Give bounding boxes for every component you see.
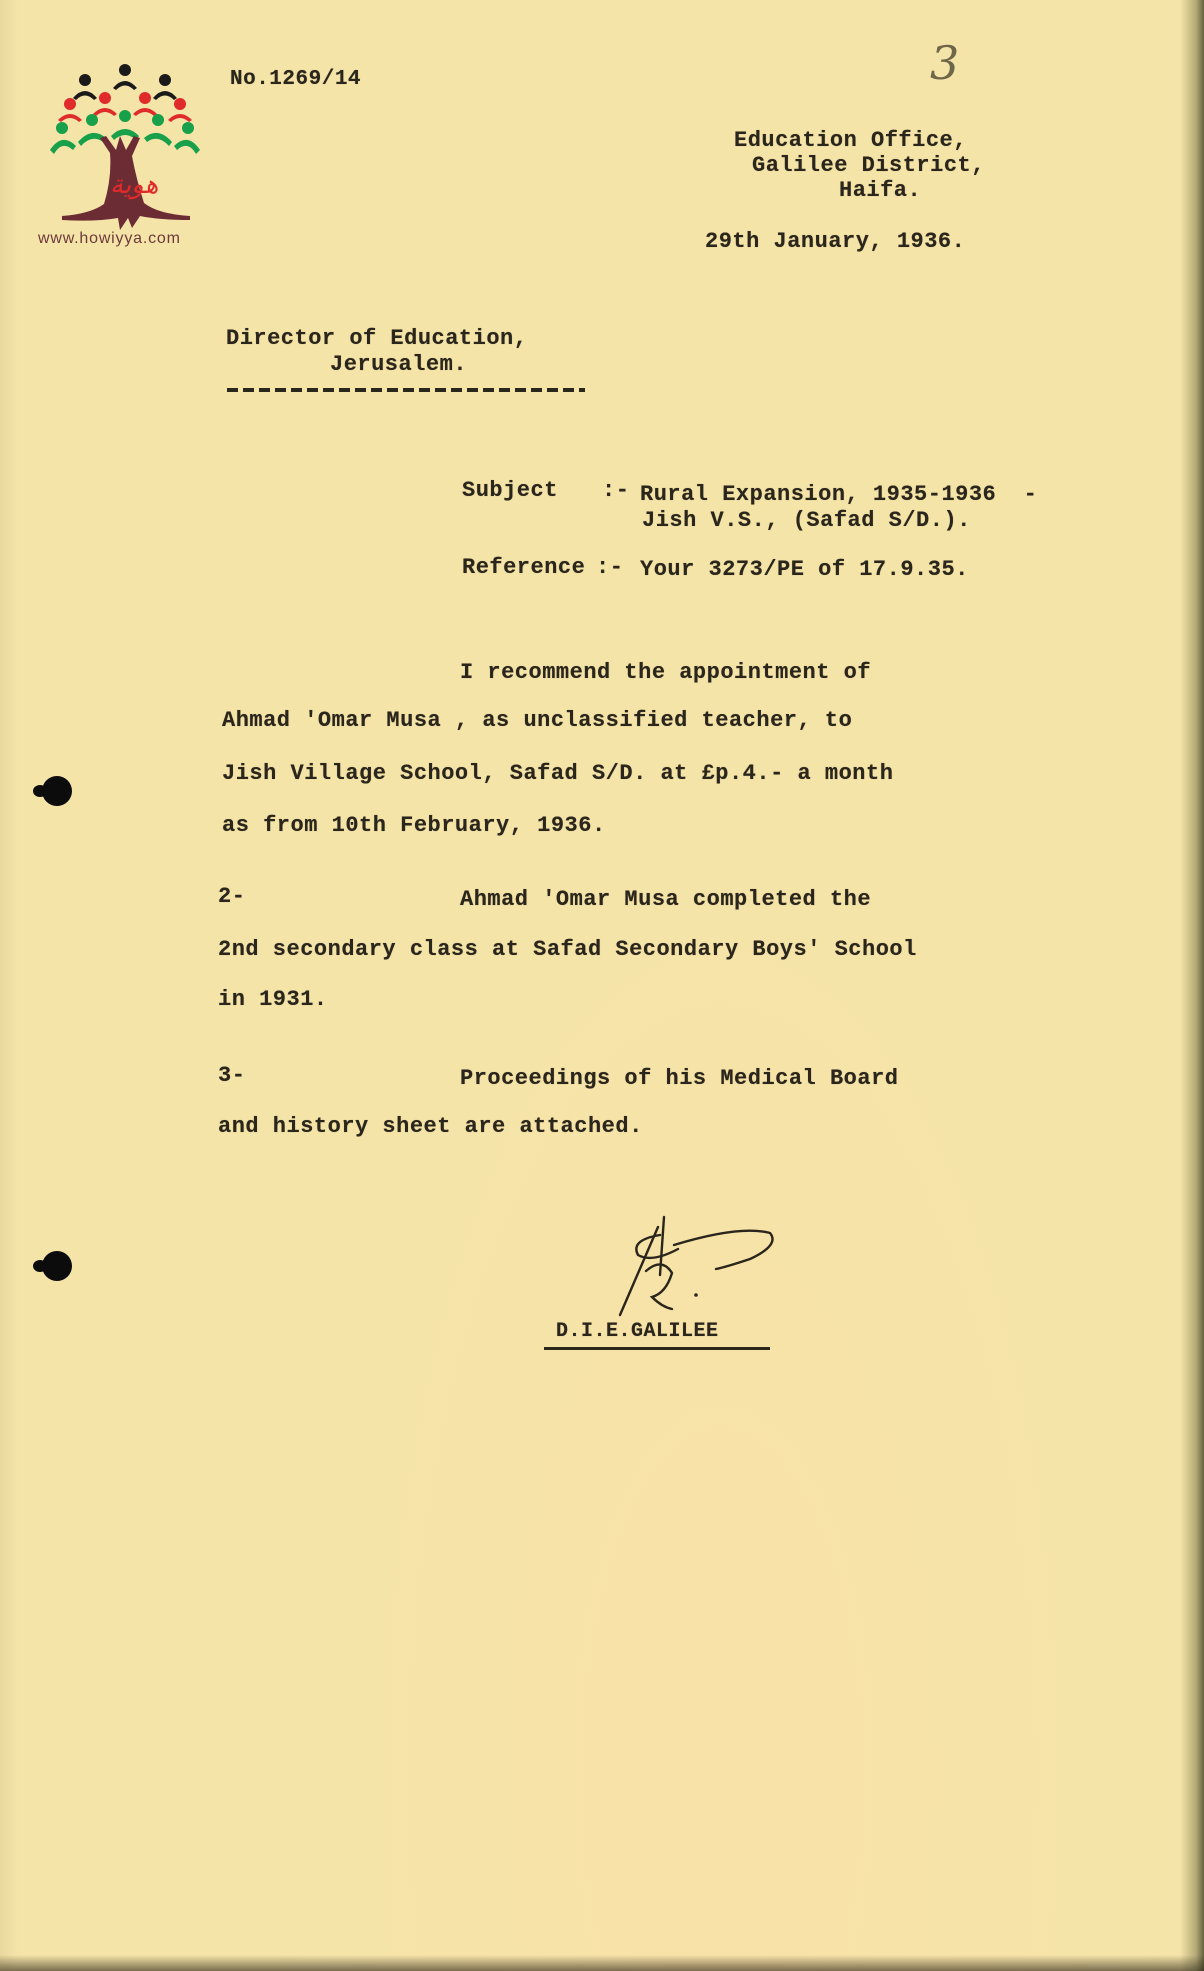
- punch-hole: [42, 776, 72, 806]
- body-line: as from 10th February, 1936.: [222, 813, 606, 838]
- body-line: 2nd secondary class at Safad Secondary B…: [218, 937, 917, 962]
- paragraph-number: 2-: [218, 884, 245, 909]
- svg-text:هوية: هوية: [110, 170, 159, 200]
- body-line: in 1931.: [218, 987, 328, 1012]
- address-line: Education Office,: [734, 128, 967, 153]
- reference-value: Your 3273/PE of 17.9.35.: [640, 557, 969, 582]
- subject-label: Subject: [462, 478, 558, 503]
- subject-line-2: Jish V.S., (Safad S/D.).: [642, 508, 971, 533]
- paragraph-number: 3-: [218, 1063, 245, 1088]
- body-line: I recommend the appointment of: [460, 660, 871, 685]
- subject-line-1: Rural Expansion, 1935-1936 -: [640, 482, 1037, 507]
- letter-date: 29th January, 1936.: [705, 229, 965, 254]
- reference-separator: :-: [596, 555, 623, 580]
- body-line: and history sheet are attached.: [218, 1114, 643, 1139]
- howiyya-tree-logo-icon: هوية: [40, 58, 210, 258]
- reference-label: Reference: [462, 555, 585, 580]
- body-line: Jish Village School, Safad S/D. at £p.4.…: [222, 761, 893, 786]
- handwritten-page-number: 3: [930, 36, 959, 90]
- handwritten-signature-icon: [600, 1215, 780, 1325]
- logo-url-text: www.howiyya.com: [38, 230, 181, 248]
- scanned-letter-page: هوية www.howiyya.com No.1269/14 3 Educat…: [0, 0, 1204, 1971]
- address-line: Galilee District,: [752, 153, 985, 178]
- reference-number: No.1269/14: [230, 68, 361, 91]
- body-line: Proceedings of his Medical Board: [460, 1066, 898, 1091]
- punch-hole: [42, 1251, 72, 1281]
- signatory-title: D.I.E.GALILEE: [556, 1320, 719, 1343]
- subject-separator: :-: [602, 478, 629, 503]
- body-line: Ahmad 'Omar Musa completed the: [460, 887, 871, 912]
- recipient-line: Jerusalem.: [330, 352, 467, 377]
- recipient-dashed-underline: [227, 388, 585, 392]
- recipient-line: Director of Education,: [226, 326, 527, 351]
- body-line: Ahmad 'Omar Musa , as unclassified teach…: [222, 708, 852, 733]
- address-line: Haifa.: [839, 178, 921, 203]
- signature-underline: [544, 1347, 770, 1350]
